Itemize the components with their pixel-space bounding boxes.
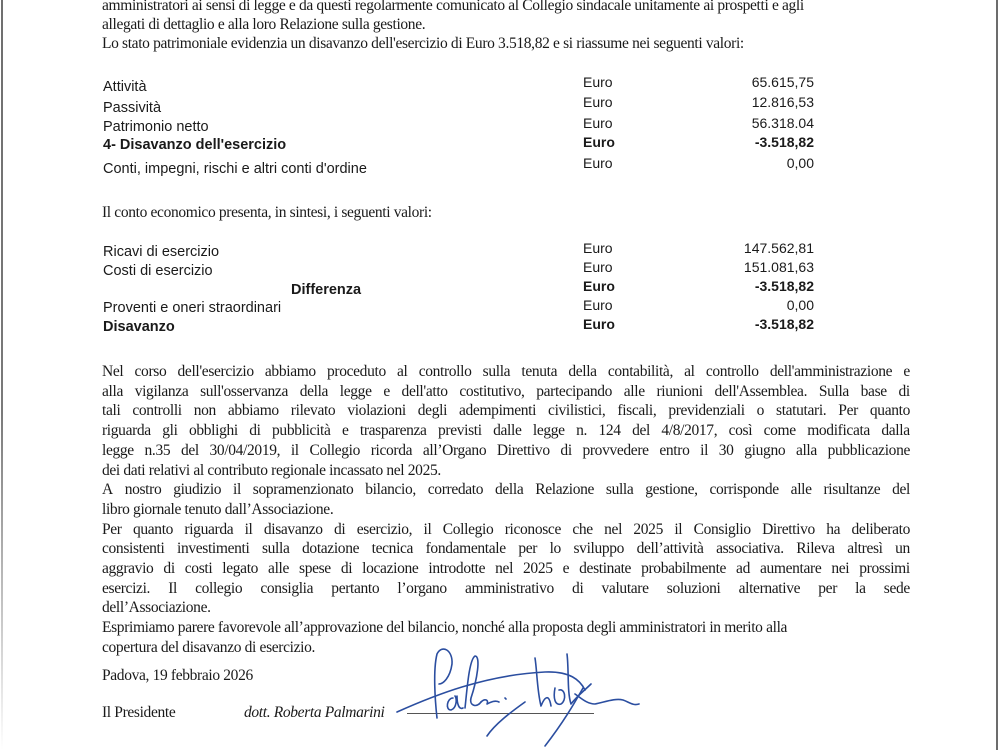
body-line: libro giornale tenuto dall’Associazione.: [102, 500, 333, 519]
row-amount: 147.562,81: [744, 240, 814, 256]
row-currency: Euro: [583, 316, 615, 332]
intro-line: allegati di dettaglio e alla loro Relazi…: [102, 15, 425, 34]
conto-economico-intro: Il conto economico presenta, in sintesi,…: [102, 203, 432, 222]
body-line: esercizi.Ilcollegioconsigliapertantol’or…: [102, 579, 910, 598]
handwritten-signature: [395, 640, 655, 750]
row-currency: Euro: [583, 259, 613, 275]
row-label: Costi di esercizio: [103, 263, 213, 279]
row-label: Ricavi di esercizio: [103, 244, 219, 260]
row-amount: -3.518,82: [755, 316, 814, 332]
row-currency: Euro: [583, 115, 613, 131]
row-amount: 0,00: [787, 297, 814, 313]
place-date: Padova, 19 febbraio 2026: [102, 666, 253, 685]
signer-name: dott. Roberta Palmarini: [244, 703, 385, 722]
body-line: talicontrollinonabbiamorilevatoviolazion…: [102, 401, 910, 420]
row-currency: Euro: [583, 278, 615, 294]
row-label: 4- Disavanzo dell'esercizio: [103, 137, 286, 153]
signer-role: Il Presidente: [102, 703, 175, 722]
body-line: dei dati relativi al contributo regional…: [102, 461, 441, 480]
row-currency: Euro: [583, 74, 613, 90]
row-currency: Euro: [583, 134, 615, 150]
body-line: Nelcorsodell'esercizioabbiamoprocedutoal…: [102, 362, 910, 381]
body-line: riguardagliobblighidipubblicitàetraspare…: [102, 421, 910, 440]
row-label: Attività: [103, 79, 147, 95]
body-line: leggen.35del30/04/2019,ilCollegioricorda…: [102, 441, 910, 460]
page-edge-right: [996, 0, 998, 750]
row-currency: Euro: [583, 94, 613, 110]
body-line: Anostrogiudizioilsopramenzionatobilancio…: [102, 480, 910, 499]
intro-line: Lo stato patrimoniale evidenzia un disav…: [102, 34, 744, 53]
row-amount: 65.615,75: [752, 74, 814, 90]
body-line: dell’Associazione.: [102, 598, 211, 617]
row-amount: -3.518,82: [755, 278, 814, 294]
row-amount: 0,00: [787, 155, 814, 171]
row-currency: Euro: [583, 155, 613, 171]
intro-line: amministratori ai sensi di legge e da qu…: [102, 0, 804, 15]
page-edge-left: [1, 0, 3, 750]
row-amount: -3.518,82: [755, 134, 814, 150]
body-line: Esprimiamo parere favorevole all’approva…: [102, 618, 787, 637]
row-amount: 12.816,53: [752, 94, 814, 110]
row-label: Proventi e oneri straordinari: [103, 300, 281, 316]
row-label: Passività: [103, 100, 161, 116]
body-line: aggraviodicostilegatoallespesedilocazion…: [102, 559, 910, 578]
body-line: consistentiinvestimentisulladotazionetec…: [102, 539, 910, 558]
row-label: Disavanzo: [103, 319, 175, 335]
body-line: Perquantoriguardaildisavanzodiesercizio,…: [102, 520, 910, 539]
row-label: Conti, impegni, rischi e altri conti d'o…: [103, 161, 367, 177]
body-line: copertura del disavanzo di esercizio.: [102, 638, 315, 657]
body-line: allavigilanzasull'osservanzadellaleggeed…: [102, 382, 910, 401]
row-label: Patrimonio netto: [103, 119, 209, 135]
row-label: Differenza: [291, 282, 361, 298]
row-amount: 56.318.04: [752, 115, 814, 131]
row-currency: Euro: [583, 240, 613, 256]
row-currency: Euro: [583, 297, 613, 313]
row-amount: 151.081,63: [744, 259, 814, 275]
